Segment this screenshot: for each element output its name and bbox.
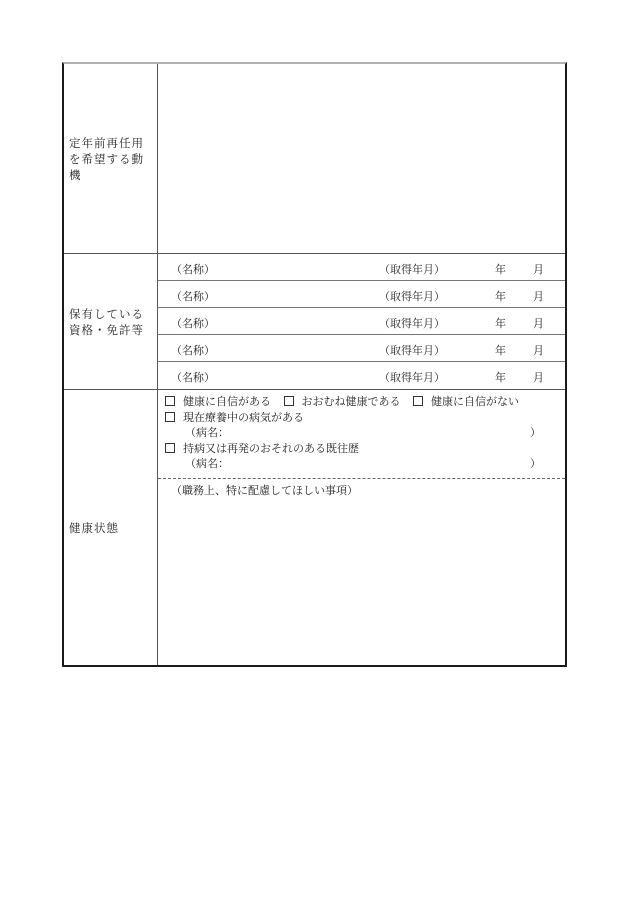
option-mostly-healthy[interactable]: おおむね健康である [284,395,401,408]
qualification-year-label: 年 [495,315,506,331]
checkbox-icon[interactable] [165,443,175,453]
qualification-row[interactable]: （名称） （取得年月） 年 月 [158,281,565,308]
qualification-year-label: 年 [495,261,506,277]
qualifications-label-line1: 保有している [69,306,144,322]
qualification-name-label: （名称） [171,261,215,277]
option-not-confident[interactable]: 健康に自信がない [413,395,519,408]
motivation-input-area[interactable] [158,64,565,253]
qualification-year-label: 年 [495,369,506,385]
motivation-label-line2: を希望する動 [69,151,144,167]
qualification-year-label: 年 [495,342,506,358]
health-options-line1: 健康に自信がある おおむね健康である 健康に自信がない [165,394,565,410]
qualification-date-label: （取得年月） [379,261,445,277]
qualification-date-label: （取得年月） [379,369,445,385]
qualification-row[interactable]: （名称） （取得年月） 年 月 [158,335,565,362]
close-paren: ） [530,425,541,441]
qualification-name-label: （名称） [171,288,215,304]
qualification-month-label: 月 [533,288,544,304]
qualification-row[interactable]: （名称） （取得年月） 年 月 [158,362,565,389]
motivation-row: 定年前再任用 を希望する動 機 [64,64,565,254]
health-label: 健康状態 [64,390,158,665]
qualification-name-label: （名称） [171,315,215,331]
close-paren: ） [530,456,541,472]
motivation-label: 定年前再任用 を希望する動 機 [64,64,158,253]
option-chronic-history[interactable]: 持病又は再発のおそれのある既往歴 [165,441,565,457]
motivation-label-line1: 定年前再任用 [69,135,144,151]
qualification-month-label: 月 [533,369,544,385]
health-options: 健康に自信がある おおむね健康である 健康に自信がない 現在療養中の病気がある … [158,390,565,479]
qualification-month-label: 月 [533,342,544,358]
disease-name-label: （病名： [185,457,229,470]
qualification-row[interactable]: （名称） （取得年月） 年 月 [158,308,565,335]
qualifications-row: 保有している 資格・免許等 （名称） （取得年月） 年 月 （名称） （取得年月… [64,254,565,390]
qualification-date-label: （取得年月） [379,342,445,358]
qualifications-label-line2: 資格・免許等 [69,322,144,338]
qualification-name-label: （名称） [171,342,215,358]
checkbox-icon[interactable] [413,396,423,406]
disease-name-field-1[interactable]: （病名： ） [165,425,565,441]
checkbox-icon[interactable] [165,396,175,406]
qualification-year-label: 年 [495,288,506,304]
disease-name-field-2[interactable]: （病名： ） [165,456,565,472]
qualifications-label: 保有している 資格・免許等 [64,254,158,389]
qualifications-list: （名称） （取得年月） 年 月 （名称） （取得年月） 年 月 （名称） （取得… [158,254,565,389]
checkbox-icon[interactable] [165,412,175,422]
disease-name-label: （病名： [185,426,229,439]
motivation-label-line3: 機 [69,167,144,183]
health-content: 健康に自信がある おおむね健康である 健康に自信がない 現在療養中の病気がある … [158,390,565,665]
qualification-date-label: （取得年月） [379,315,445,331]
qualification-month-label: 月 [533,315,544,331]
special-consideration-label: （職務上、特に配慮してほしい事項） [171,482,358,498]
application-form-table: 定年前再任用 を希望する動 機 保有している 資格・免許等 （名称） （取得年月… [62,62,567,667]
qualification-month-label: 月 [533,261,544,277]
qualification-name-label: （名称） [171,369,215,385]
option-confident[interactable]: 健康に自信がある [165,395,271,408]
option-under-treatment[interactable]: 現在療養中の病気がある [165,410,565,426]
checkbox-icon[interactable] [284,396,294,406]
qualification-date-label: （取得年月） [379,288,445,304]
qualification-row[interactable]: （名称） （取得年月） 年 月 [158,254,565,281]
health-row: 健康状態 健康に自信がある おおむね健康である 健康に自信がない 現在療養中の病… [64,390,565,665]
